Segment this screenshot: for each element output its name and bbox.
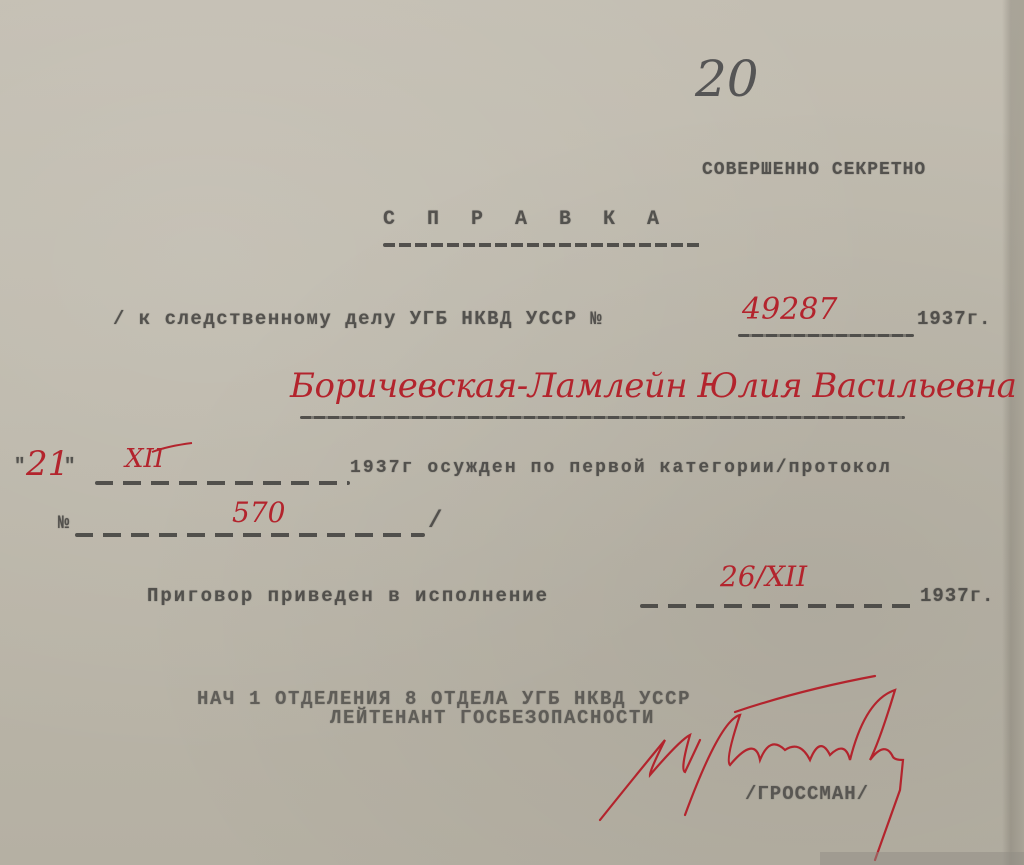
case-number-underline xyxy=(738,334,914,337)
underlying-sheet-edge xyxy=(820,852,1024,865)
protocol-suffix: / xyxy=(428,508,444,535)
execution-date-blank xyxy=(640,604,920,608)
page-edge xyxy=(1002,0,1024,865)
document-page: 20 СОВЕРШЕННО СЕКРЕТНО С П Р А В К А / к… xyxy=(0,0,1024,865)
sentence-text: 1937г осужден по первой категории/проток… xyxy=(350,458,892,478)
case-year: 1937г. xyxy=(917,308,991,330)
case-reference-text: / к следственному делу УГБ НКВД УССР № xyxy=(113,308,603,330)
month-overline xyxy=(0,0,1024,865)
document-title: С П Р А В К А xyxy=(383,208,669,231)
page-number: 20 xyxy=(695,50,759,108)
signature-icon xyxy=(0,0,1024,865)
signer-rank: ЛЕЙТЕНАНТ ГОСБЕЗОПАСНОСТИ xyxy=(330,707,655,729)
protocol-blank xyxy=(75,533,425,537)
execution-year: 1937г. xyxy=(920,585,994,607)
quote-close: " xyxy=(64,455,77,477)
execution-text: Приговор приведен в исполнение xyxy=(147,585,549,607)
case-number: 49287 xyxy=(742,292,837,327)
person-name: Боричевская-Ламлейн Юлия Васильевна xyxy=(290,366,1016,406)
sentence-month: XII xyxy=(125,444,164,474)
sentence-day: 21 xyxy=(26,444,69,484)
protocol-number: 570 xyxy=(232,496,285,529)
title-underline xyxy=(383,243,701,247)
execution-date: 26/XII xyxy=(720,560,807,593)
protocol-prefix: № xyxy=(58,512,71,534)
signer-name: /ГРОССМАН/ xyxy=(745,783,869,805)
name-underline xyxy=(300,416,905,419)
sentence-date-blank xyxy=(95,481,350,485)
classification-stamp: СОВЕРШЕННО СЕКРЕТНО xyxy=(702,160,926,180)
